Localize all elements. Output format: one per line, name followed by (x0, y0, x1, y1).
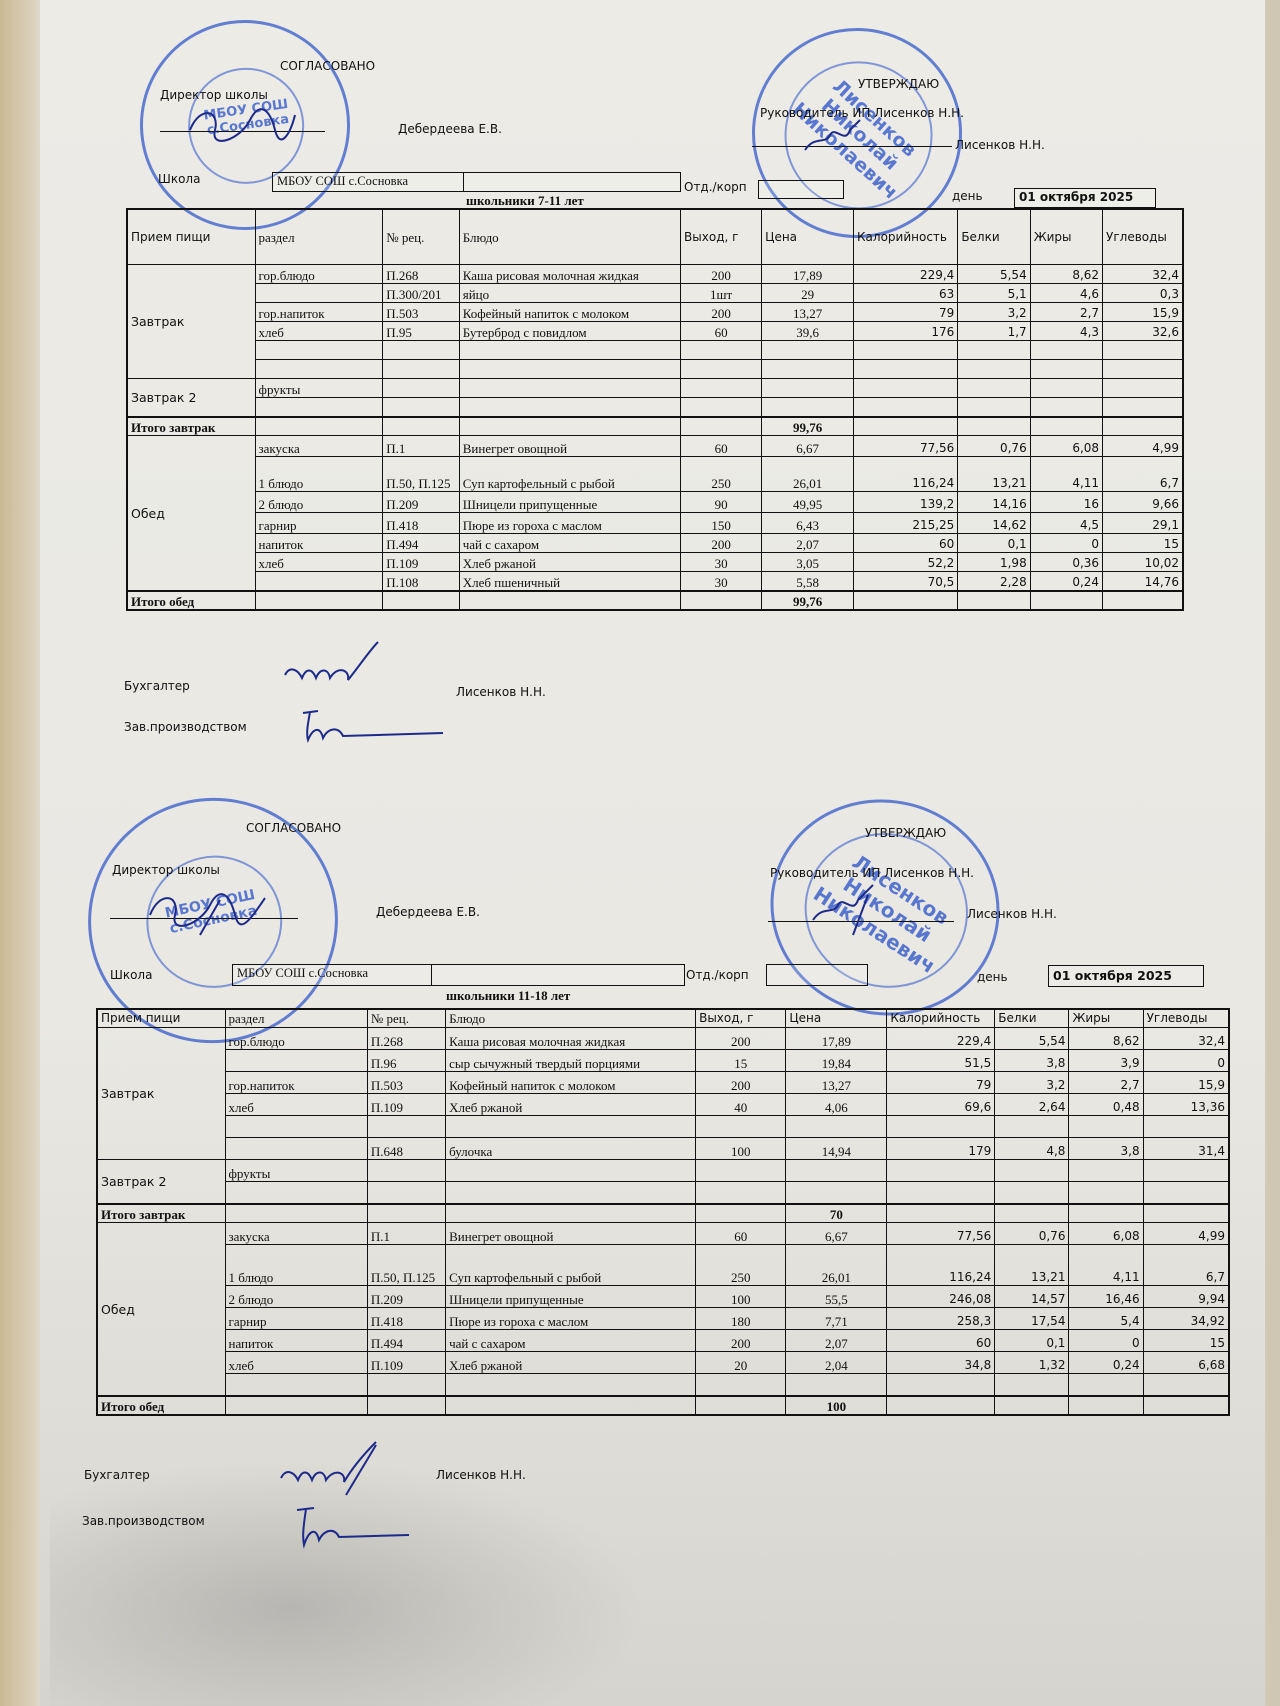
dish-cell: чай с сахаром (459, 534, 680, 553)
carbs-cell (1143, 1160, 1229, 1182)
school-extra-field (431, 964, 685, 986)
dish-cell: Винегрет овощной (459, 436, 680, 457)
price-cell: 4,06 (786, 1094, 887, 1116)
accountant-name: Лисенков Н.Н. (456, 685, 546, 699)
protein-cell: 2,28 (958, 572, 1030, 592)
protein-cell: 2,64 (995, 1094, 1069, 1116)
protein-cell: 13,21 (958, 457, 1030, 492)
accountant-signature-icon (280, 640, 390, 690)
protein-cell: 1,98 (958, 553, 1030, 572)
accountant-name: Лисенков Н.Н. (436, 1468, 526, 1482)
section-cell: гор.напиток (255, 303, 383, 322)
production-signature-icon (298, 708, 448, 744)
kcal-cell: 60 (854, 534, 958, 553)
table-row: напитокП.494чай с сахаром2002,07600,1015 (97, 1330, 1229, 1352)
column-header: Углеводы (1103, 209, 1183, 265)
dish-cell: сыр сычужный твердый порциями (446, 1050, 696, 1072)
protein-cell: 5,1 (958, 284, 1030, 303)
production-signature-icon (294, 1505, 414, 1550)
school-field: МБОУ СОШ с.Сосновка (232, 964, 432, 986)
yield-cell: 15 (696, 1050, 786, 1072)
menu-table: Прием пищираздел№ рец.БлюдоВыход, гЦенаК… (96, 1008, 1230, 1416)
carbs-cell (1143, 1374, 1229, 1397)
section-cell: хлеб (225, 1352, 367, 1374)
recipe-cell: П.648 (367, 1138, 445, 1160)
price-cell: 49,95 (762, 492, 854, 513)
protein-cell: 17,54 (995, 1308, 1069, 1330)
dish-cell (459, 379, 680, 398)
dish-cell (446, 1374, 696, 1397)
dish-cell: Пюре из гороха с маслом (459, 513, 680, 534)
recipe-cell (383, 398, 459, 418)
empty-cell (854, 591, 958, 610)
meal-label: Обед (127, 436, 255, 592)
dish-cell: Кофейный напиток с молоком (459, 303, 680, 322)
section-cell: напиток (225, 1330, 367, 1352)
recipe-cell: П.268 (383, 265, 459, 284)
day-field: 01 октября 2025 (1014, 188, 1156, 208)
dish-cell: Шницели припущенные (446, 1286, 696, 1308)
fat-cell: 16 (1030, 492, 1102, 513)
accountant-label: Бухгалтер (124, 679, 190, 693)
kcal-cell: 176 (854, 322, 958, 341)
carbs-cell: 4,99 (1103, 436, 1183, 457)
fat-cell: 6,08 (1030, 436, 1102, 457)
fat-cell (1030, 398, 1102, 418)
yield-cell (681, 360, 762, 379)
carbs-cell: 32,6 (1103, 322, 1183, 341)
director-role: Директор школы (112, 863, 220, 877)
section-cell (225, 1138, 367, 1160)
fat-cell (1030, 379, 1102, 398)
dish-cell: Пюре из гороха с маслом (446, 1308, 696, 1330)
recipe-cell (367, 1160, 445, 1182)
recipe-cell: П.268 (367, 1028, 445, 1050)
section-cell (255, 341, 383, 360)
column-header: Цена (762, 209, 854, 265)
column-header: Блюдо (446, 1009, 696, 1028)
price-cell: 2,04 (786, 1352, 887, 1374)
price-cell: 3,05 (762, 553, 854, 572)
yield-cell (696, 1374, 786, 1397)
table-row: П.96сыр сычужный твердый порциями1519,84… (97, 1050, 1229, 1072)
section-cell: гор.напиток (225, 1072, 367, 1094)
kcal-cell: 246,08 (887, 1286, 995, 1308)
carbs-cell: 13,36 (1143, 1094, 1229, 1116)
table-row (97, 1116, 1229, 1138)
empty-cell (681, 417, 762, 436)
day-label: день (952, 189, 983, 203)
section-cell (225, 1374, 367, 1397)
protein-cell: 5,54 (958, 265, 1030, 284)
menu-table: Прием пищираздел№ рец.БлюдоВыход, гЦенаК… (126, 208, 1184, 611)
column-header: Калорийность (854, 209, 958, 265)
table-row: Завтрак 2фрукты (127, 379, 1183, 398)
school-field: МБОУ СОШ с.Сосновка (272, 172, 464, 192)
empty-cell (255, 417, 383, 436)
empty-cell (887, 1396, 995, 1415)
header-row: Прием пищираздел№ рец.БлюдоВыход, гЦенаК… (127, 209, 1183, 265)
price-cell: 13,27 (786, 1072, 887, 1094)
school-extra-field (463, 172, 681, 192)
yield-cell: 200 (696, 1028, 786, 1050)
production-label: Зав.производством (82, 1514, 205, 1528)
carbs-cell: 31,4 (1143, 1138, 1229, 1160)
price-cell (786, 1116, 887, 1138)
table-row: ОбедзакускаП.1Винегрет овощной606,6777,5… (127, 436, 1183, 457)
table-row: П.300/201яйцо1шт29635,14,60,3 (127, 284, 1183, 303)
protein-cell: 1,7 (958, 322, 1030, 341)
approved-right-title: УТВЕРЖДАЮ (865, 826, 946, 840)
recipe-cell: П.300/201 (383, 284, 459, 303)
section-cell: гор.блюдо (255, 265, 383, 284)
section-cell: гарнир (255, 513, 383, 534)
kcal-cell: 258,3 (887, 1308, 995, 1330)
empty-cell (995, 1396, 1069, 1415)
meal-label: Завтрак (97, 1028, 225, 1160)
carbs-cell (1103, 341, 1183, 360)
protein-cell: 0,1 (958, 534, 1030, 553)
price-cell: 2,07 (786, 1330, 887, 1352)
recipe-cell (367, 1182, 445, 1205)
table-row: 1 блюдоП.50, П.125Суп картофельный с рыб… (127, 457, 1183, 492)
carbs-cell: 10,02 (1103, 553, 1183, 572)
total-row: Итого обед99,76 (127, 591, 1183, 610)
carbs-cell (1103, 360, 1183, 379)
yield-cell: 60 (681, 436, 762, 457)
empty-cell (383, 417, 459, 436)
kcal-cell: 63 (854, 284, 958, 303)
section-cell: 2 блюдо (225, 1286, 367, 1308)
total-label: Итого обед (127, 591, 255, 610)
yield-cell: 150 (681, 513, 762, 534)
protein-cell: 13,21 (995, 1245, 1069, 1286)
day-label: день (977, 970, 1008, 984)
price-cell: 14,94 (786, 1138, 887, 1160)
recipe-cell: П.418 (367, 1308, 445, 1330)
fat-cell: 4,11 (1030, 457, 1102, 492)
column-header: Калорийность (887, 1009, 995, 1028)
dish-cell: Каша рисовая молочная жидкая (446, 1028, 696, 1050)
protein-cell: 0,76 (958, 436, 1030, 457)
recipe-cell: П.109 (367, 1352, 445, 1374)
section-cell: 1 блюдо (255, 457, 383, 492)
yield-cell: 20 (696, 1352, 786, 1374)
recipe-cell: П.418 (383, 513, 459, 534)
price-cell (762, 379, 854, 398)
fat-cell: 4,11 (1069, 1245, 1143, 1286)
price-cell: 13,27 (762, 303, 854, 322)
column-header: Выход, г (681, 209, 762, 265)
fat-cell (1069, 1116, 1143, 1138)
recipe-cell (383, 379, 459, 398)
director-signature-icon (140, 880, 270, 940)
fat-cell (1069, 1182, 1143, 1205)
empty-cell (1143, 1204, 1229, 1223)
fat-cell (1030, 360, 1102, 379)
dept-field (766, 964, 868, 986)
recipe-cell: П.50, П.125 (383, 457, 459, 492)
fat-cell: 0,24 (1030, 572, 1102, 592)
price-cell: 55,5 (786, 1286, 887, 1308)
section-cell: 1 блюдо (225, 1245, 367, 1286)
empty-cell (696, 1396, 786, 1415)
dish-cell (446, 1116, 696, 1138)
age-group-title: школьники 7-11 лет (466, 193, 584, 209)
table-row: П.648булочка10014,941794,83,831,4 (97, 1138, 1229, 1160)
protein-cell: 14,62 (958, 513, 1030, 534)
table-row: 2 блюдоП.209Шницели припущенные9049,9513… (127, 492, 1183, 513)
carbs-cell (1103, 398, 1183, 418)
meal-label: Завтрак 2 (127, 379, 255, 418)
carbs-cell: 29,1 (1103, 513, 1183, 534)
carbs-cell (1143, 1182, 1229, 1205)
carbs-cell: 6,7 (1103, 457, 1183, 492)
dish-cell: Бутерброд с повидлом (459, 322, 680, 341)
carbs-cell: 32,4 (1143, 1028, 1229, 1050)
fat-cell: 2,7 (1030, 303, 1102, 322)
price-cell: 6,67 (762, 436, 854, 457)
yield-cell: 100 (696, 1286, 786, 1308)
total-label: Итого завтрак (127, 417, 255, 436)
kcal-cell: 116,24 (854, 457, 958, 492)
kcal-cell (854, 379, 958, 398)
dish-cell (459, 341, 680, 360)
recipe-cell: П.50, П.125 (367, 1245, 445, 1286)
protein-cell: 14,16 (958, 492, 1030, 513)
meal-label: Обед (97, 1223, 225, 1397)
table-row: хлебП.95Бутерброд с повидлом6039,61761,7… (127, 322, 1183, 341)
yield-cell: 60 (696, 1223, 786, 1245)
table-row: 2 блюдоП.209Шницели припущенные10055,524… (97, 1286, 1229, 1308)
total-label: Итого обед (97, 1396, 225, 1415)
price-cell (762, 398, 854, 418)
table-row: гор.напитокП.503Кофейный напиток с молок… (127, 303, 1183, 322)
section-cell (225, 1116, 367, 1138)
recipe-cell (383, 360, 459, 379)
total-price: 99,76 (762, 591, 854, 610)
section-cell (255, 398, 383, 418)
empty-cell (696, 1204, 786, 1223)
recipe-cell: П.503 (367, 1072, 445, 1094)
carbs-cell (1143, 1116, 1229, 1138)
yield-cell: 250 (696, 1245, 786, 1286)
yield-cell (696, 1116, 786, 1138)
table-row: гарнирП.418Пюре из гороха с маслом1506,4… (127, 513, 1183, 534)
recipe-cell (383, 341, 459, 360)
dish-cell (446, 1182, 696, 1205)
column-header: Жиры (1030, 209, 1102, 265)
kcal-cell (854, 398, 958, 418)
protein-cell (958, 360, 1030, 379)
carbs-cell: 9,66 (1103, 492, 1183, 513)
yield-cell (696, 1182, 786, 1205)
yield-cell: 180 (696, 1308, 786, 1330)
column-header: Углеводы (1143, 1009, 1229, 1028)
fat-cell: 8,62 (1069, 1028, 1143, 1050)
empty-cell (887, 1204, 995, 1223)
empty-cell (367, 1396, 445, 1415)
protein-cell: 4,8 (995, 1138, 1069, 1160)
kcal-cell: 70,5 (854, 572, 958, 592)
age-group-title: школьники 11-18 лет (446, 988, 570, 1004)
total-price: 70 (786, 1204, 887, 1223)
price-cell: 29 (762, 284, 854, 303)
table-row (127, 360, 1183, 379)
protein-cell (958, 398, 1030, 418)
kcal-cell: 229,4 (887, 1028, 995, 1050)
carbs-cell: 0 (1143, 1050, 1229, 1072)
kcal-cell: 69,6 (887, 1094, 995, 1116)
dish-cell: Хлеб пшеничный (459, 572, 680, 592)
recipe-cell: П.209 (367, 1286, 445, 1308)
kcal-cell (854, 341, 958, 360)
table-row: гарнирП.418Пюре из гороха с маслом1807,7… (97, 1308, 1229, 1330)
column-header: № рец. (383, 209, 459, 265)
kcal-cell: 229,4 (854, 265, 958, 284)
carbs-cell: 6,68 (1143, 1352, 1229, 1374)
fat-cell: 2,7 (1069, 1072, 1143, 1094)
fat-cell: 4,5 (1030, 513, 1102, 534)
total-row: Итого обед100 (97, 1396, 1229, 1415)
meal-label: Завтрак 2 (97, 1160, 225, 1205)
dish-cell: Хлеб ржаной (446, 1094, 696, 1116)
empty-cell (459, 591, 680, 610)
protein-cell (995, 1374, 1069, 1397)
section-cell (255, 360, 383, 379)
yield-cell: 60 (681, 322, 762, 341)
section-cell (255, 284, 383, 303)
section-cell: хлеб (255, 553, 383, 572)
empty-cell (1143, 1396, 1229, 1415)
approved-left-title: СОГЛАСОВАНО (246, 821, 341, 835)
fat-cell: 0 (1030, 534, 1102, 553)
accountant-signature-icon (276, 1440, 386, 1500)
recipe-cell: П.1 (383, 436, 459, 457)
table-row: ОбедзакускаП.1Винегрет овощной606,6777,5… (97, 1223, 1229, 1245)
column-header: раздел (255, 209, 383, 265)
fat-cell (1069, 1374, 1143, 1397)
fat-cell: 0 (1069, 1330, 1143, 1352)
yield-cell (681, 379, 762, 398)
meal-label: Завтрак (127, 265, 255, 379)
empty-cell (681, 591, 762, 610)
kcal-cell (854, 360, 958, 379)
dish-cell: Шницели припущенные (459, 492, 680, 513)
yield-cell: 90 (681, 492, 762, 513)
section-cell: фрукты (225, 1160, 367, 1182)
section-cell (255, 572, 383, 592)
empty-cell (1103, 591, 1183, 610)
fat-cell: 4,6 (1030, 284, 1102, 303)
section-cell: хлеб (255, 322, 383, 341)
price-cell: 17,89 (762, 265, 854, 284)
table-row (127, 341, 1183, 360)
protein-cell: 1,32 (995, 1352, 1069, 1374)
protein-cell: 5,54 (995, 1028, 1069, 1050)
section-cell: гор.блюдо (225, 1028, 367, 1050)
protein-cell: 0,1 (995, 1330, 1069, 1352)
recipe-cell: П.96 (367, 1050, 445, 1072)
empty-cell (225, 1396, 367, 1415)
table-row: Завтракгор.блюдоП.268Каша рисовая молочн… (127, 265, 1183, 284)
empty-cell (1069, 1396, 1143, 1415)
empty-cell (1030, 417, 1102, 436)
head-signature-icon (800, 115, 880, 160)
empty-cell (367, 1204, 445, 1223)
price-cell: 6,43 (762, 513, 854, 534)
carbs-cell: 34,92 (1143, 1308, 1229, 1330)
fat-cell: 8,62 (1030, 265, 1102, 284)
empty-cell (446, 1204, 696, 1223)
day-field: 01 октября 2025 (1048, 965, 1204, 987)
table-row: гор.напитокП.503Кофейный напиток с молок… (97, 1072, 1229, 1094)
kcal-cell: 179 (887, 1138, 995, 1160)
fat-cell: 3,9 (1069, 1050, 1143, 1072)
protein-cell: 0,76 (995, 1223, 1069, 1245)
yield-cell: 30 (681, 553, 762, 572)
total-row: Итого завтрак70 (97, 1204, 1229, 1223)
kcal-cell: 139,2 (854, 492, 958, 513)
dish-cell: чай с сахаром (446, 1330, 696, 1352)
price-cell: 2,07 (762, 534, 854, 553)
recipe-cell: П.1 (367, 1223, 445, 1245)
carbs-cell: 15 (1143, 1330, 1229, 1352)
table-row (97, 1374, 1229, 1397)
protein-cell: 3,8 (995, 1050, 1069, 1072)
protein-cell (995, 1160, 1069, 1182)
director-signature-icon (180, 100, 300, 150)
protein-cell (995, 1182, 1069, 1205)
dish-cell: Хлеб ржаной (459, 553, 680, 572)
kcal-cell: 77,56 (887, 1223, 995, 1245)
section-cell: гарнир (225, 1308, 367, 1330)
protein-cell (958, 341, 1030, 360)
recipe-cell: П.108 (383, 572, 459, 592)
empty-cell (1103, 417, 1183, 436)
dish-cell (459, 360, 680, 379)
column-header: Белки (995, 1009, 1069, 1028)
recipe-cell: П.494 (367, 1330, 445, 1352)
production-label: Зав.производством (124, 720, 247, 734)
carbs-cell: 6,7 (1143, 1245, 1229, 1286)
kcal-cell (887, 1116, 995, 1138)
recipe-cell: П.109 (367, 1094, 445, 1116)
empty-cell (995, 1204, 1069, 1223)
yield-cell (681, 398, 762, 418)
fat-cell: 5,4 (1069, 1308, 1143, 1330)
fat-cell: 16,46 (1069, 1286, 1143, 1308)
section-cell: закуска (225, 1223, 367, 1245)
total-price: 99,76 (762, 417, 854, 436)
price-cell: 17,89 (786, 1028, 887, 1050)
table-row: хлебП.109Хлеб ржаной303,0552,21,980,3610… (127, 553, 1183, 572)
section-cell: закуска (255, 436, 383, 457)
accountant-label: Бухгалтер (84, 1468, 150, 1482)
protein-cell (995, 1116, 1069, 1138)
yield-cell: 200 (696, 1072, 786, 1094)
kcal-cell: 215,25 (854, 513, 958, 534)
column-header: Цена (786, 1009, 887, 1028)
price-cell (786, 1182, 887, 1205)
carbs-cell: 14,76 (1103, 572, 1183, 592)
recipe-cell (367, 1116, 445, 1138)
price-cell: 19,84 (786, 1050, 887, 1072)
dish-cell: булочка (446, 1138, 696, 1160)
protein-cell (958, 379, 1030, 398)
kcal-cell: 79 (854, 303, 958, 322)
yield-cell (696, 1160, 786, 1182)
